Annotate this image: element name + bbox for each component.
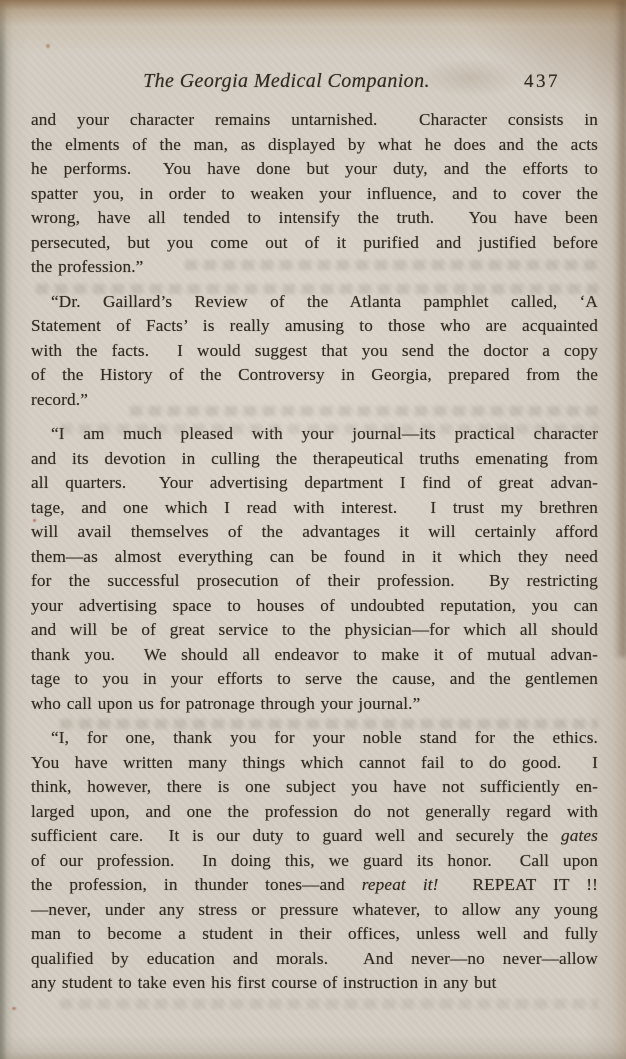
italic-emphasis: gates bbox=[561, 826, 598, 845]
page-text: and your character remains untarnished. … bbox=[31, 108, 598, 1006]
text-line: any student to take even his first cours… bbox=[31, 971, 598, 996]
text-line: wrong, have all tended to intensify the … bbox=[31, 206, 598, 231]
running-header-title: The Georgia Medical Companion. bbox=[143, 70, 430, 93]
text-line: sufficient care. It is our duty to guard… bbox=[31, 824, 598, 849]
text-line: You have written many things which canno… bbox=[31, 751, 598, 776]
paragraph: “Dr. Gaillard’s Review of the Atlanta pa… bbox=[31, 290, 598, 413]
showthrough-ghost-line bbox=[60, 424, 598, 434]
page-edge-shadow bbox=[614, 0, 626, 657]
page-number: 437 bbox=[524, 71, 560, 93]
text-line: the elments of the man, as displayed by … bbox=[31, 133, 598, 158]
text-line: the profession, in thunder tones—and rep… bbox=[31, 873, 598, 898]
text-line: larged upon, and one the profession do n… bbox=[31, 800, 598, 825]
text-line: with the facts. I would suggest that you… bbox=[31, 339, 598, 364]
text-line: qualified by education and morals. And n… bbox=[31, 947, 598, 972]
running-header: The Georgia Medical Companion. 437 bbox=[31, 70, 598, 98]
foxing-speck bbox=[33, 519, 36, 522]
text-line: persecuted, but you come out of it purif… bbox=[31, 231, 598, 256]
text-line: your advertising space to houses of undo… bbox=[31, 594, 598, 619]
text-line: man to become a student in their offices… bbox=[31, 922, 598, 947]
paragraph: and your character remains untarnished. … bbox=[31, 108, 598, 280]
text-line: think, however, there is one subject you… bbox=[31, 775, 598, 800]
paragraph: “I, for one, thank you for your noble st… bbox=[31, 726, 598, 996]
text-line: and its devotion in culling the therapeu… bbox=[31, 447, 598, 472]
text-line: “I, for one, thank you for your noble st… bbox=[31, 726, 598, 751]
text-line: and your character remains untarnished. … bbox=[31, 108, 598, 133]
italic-emphasis: repeat it! bbox=[362, 875, 439, 894]
foxing-speck bbox=[46, 44, 50, 48]
text-line: all quarters. Your advertising departmen… bbox=[31, 471, 598, 496]
text-line: spatter you, in order to weaken your inf… bbox=[31, 182, 598, 207]
text-line: who call upon us for patronage through y… bbox=[31, 692, 598, 717]
showthrough-ghost-line bbox=[185, 260, 598, 270]
text-line: for the successful prosecution of their … bbox=[31, 569, 598, 594]
showthrough-ghost-line bbox=[60, 999, 598, 1009]
text-line: thank you. We should all endeavor to mak… bbox=[31, 643, 598, 668]
text-line: will avail themselves of the advantages … bbox=[31, 520, 598, 545]
text-line: tage to you in your efforts to serve the… bbox=[31, 667, 598, 692]
paragraph: “I am much pleased with your journal—its… bbox=[31, 422, 598, 716]
text-line: and will be of great service to the phys… bbox=[31, 618, 598, 643]
text-line: them—as almost everything can be found i… bbox=[31, 545, 598, 570]
text-line: of the History of the Controversy in Geo… bbox=[31, 363, 598, 388]
showthrough-ghost-line bbox=[60, 719, 598, 729]
text-line: he performs. You have done but your duty… bbox=[31, 157, 598, 182]
showthrough-ghost-line bbox=[130, 406, 598, 416]
book-page: The Georgia Medical Companion. 437 and y… bbox=[0, 0, 626, 1059]
foxing-speck bbox=[12, 1007, 16, 1010]
text-line: tage, and one which I read with interest… bbox=[31, 496, 598, 521]
text-line: Statement of Facts’ is really amusing to… bbox=[31, 314, 598, 339]
text-line: of our profession. In doing this, we gua… bbox=[31, 849, 598, 874]
showthrough-ghost-line bbox=[36, 284, 598, 294]
text-line: —never, under any stress or pressure wha… bbox=[31, 898, 598, 923]
